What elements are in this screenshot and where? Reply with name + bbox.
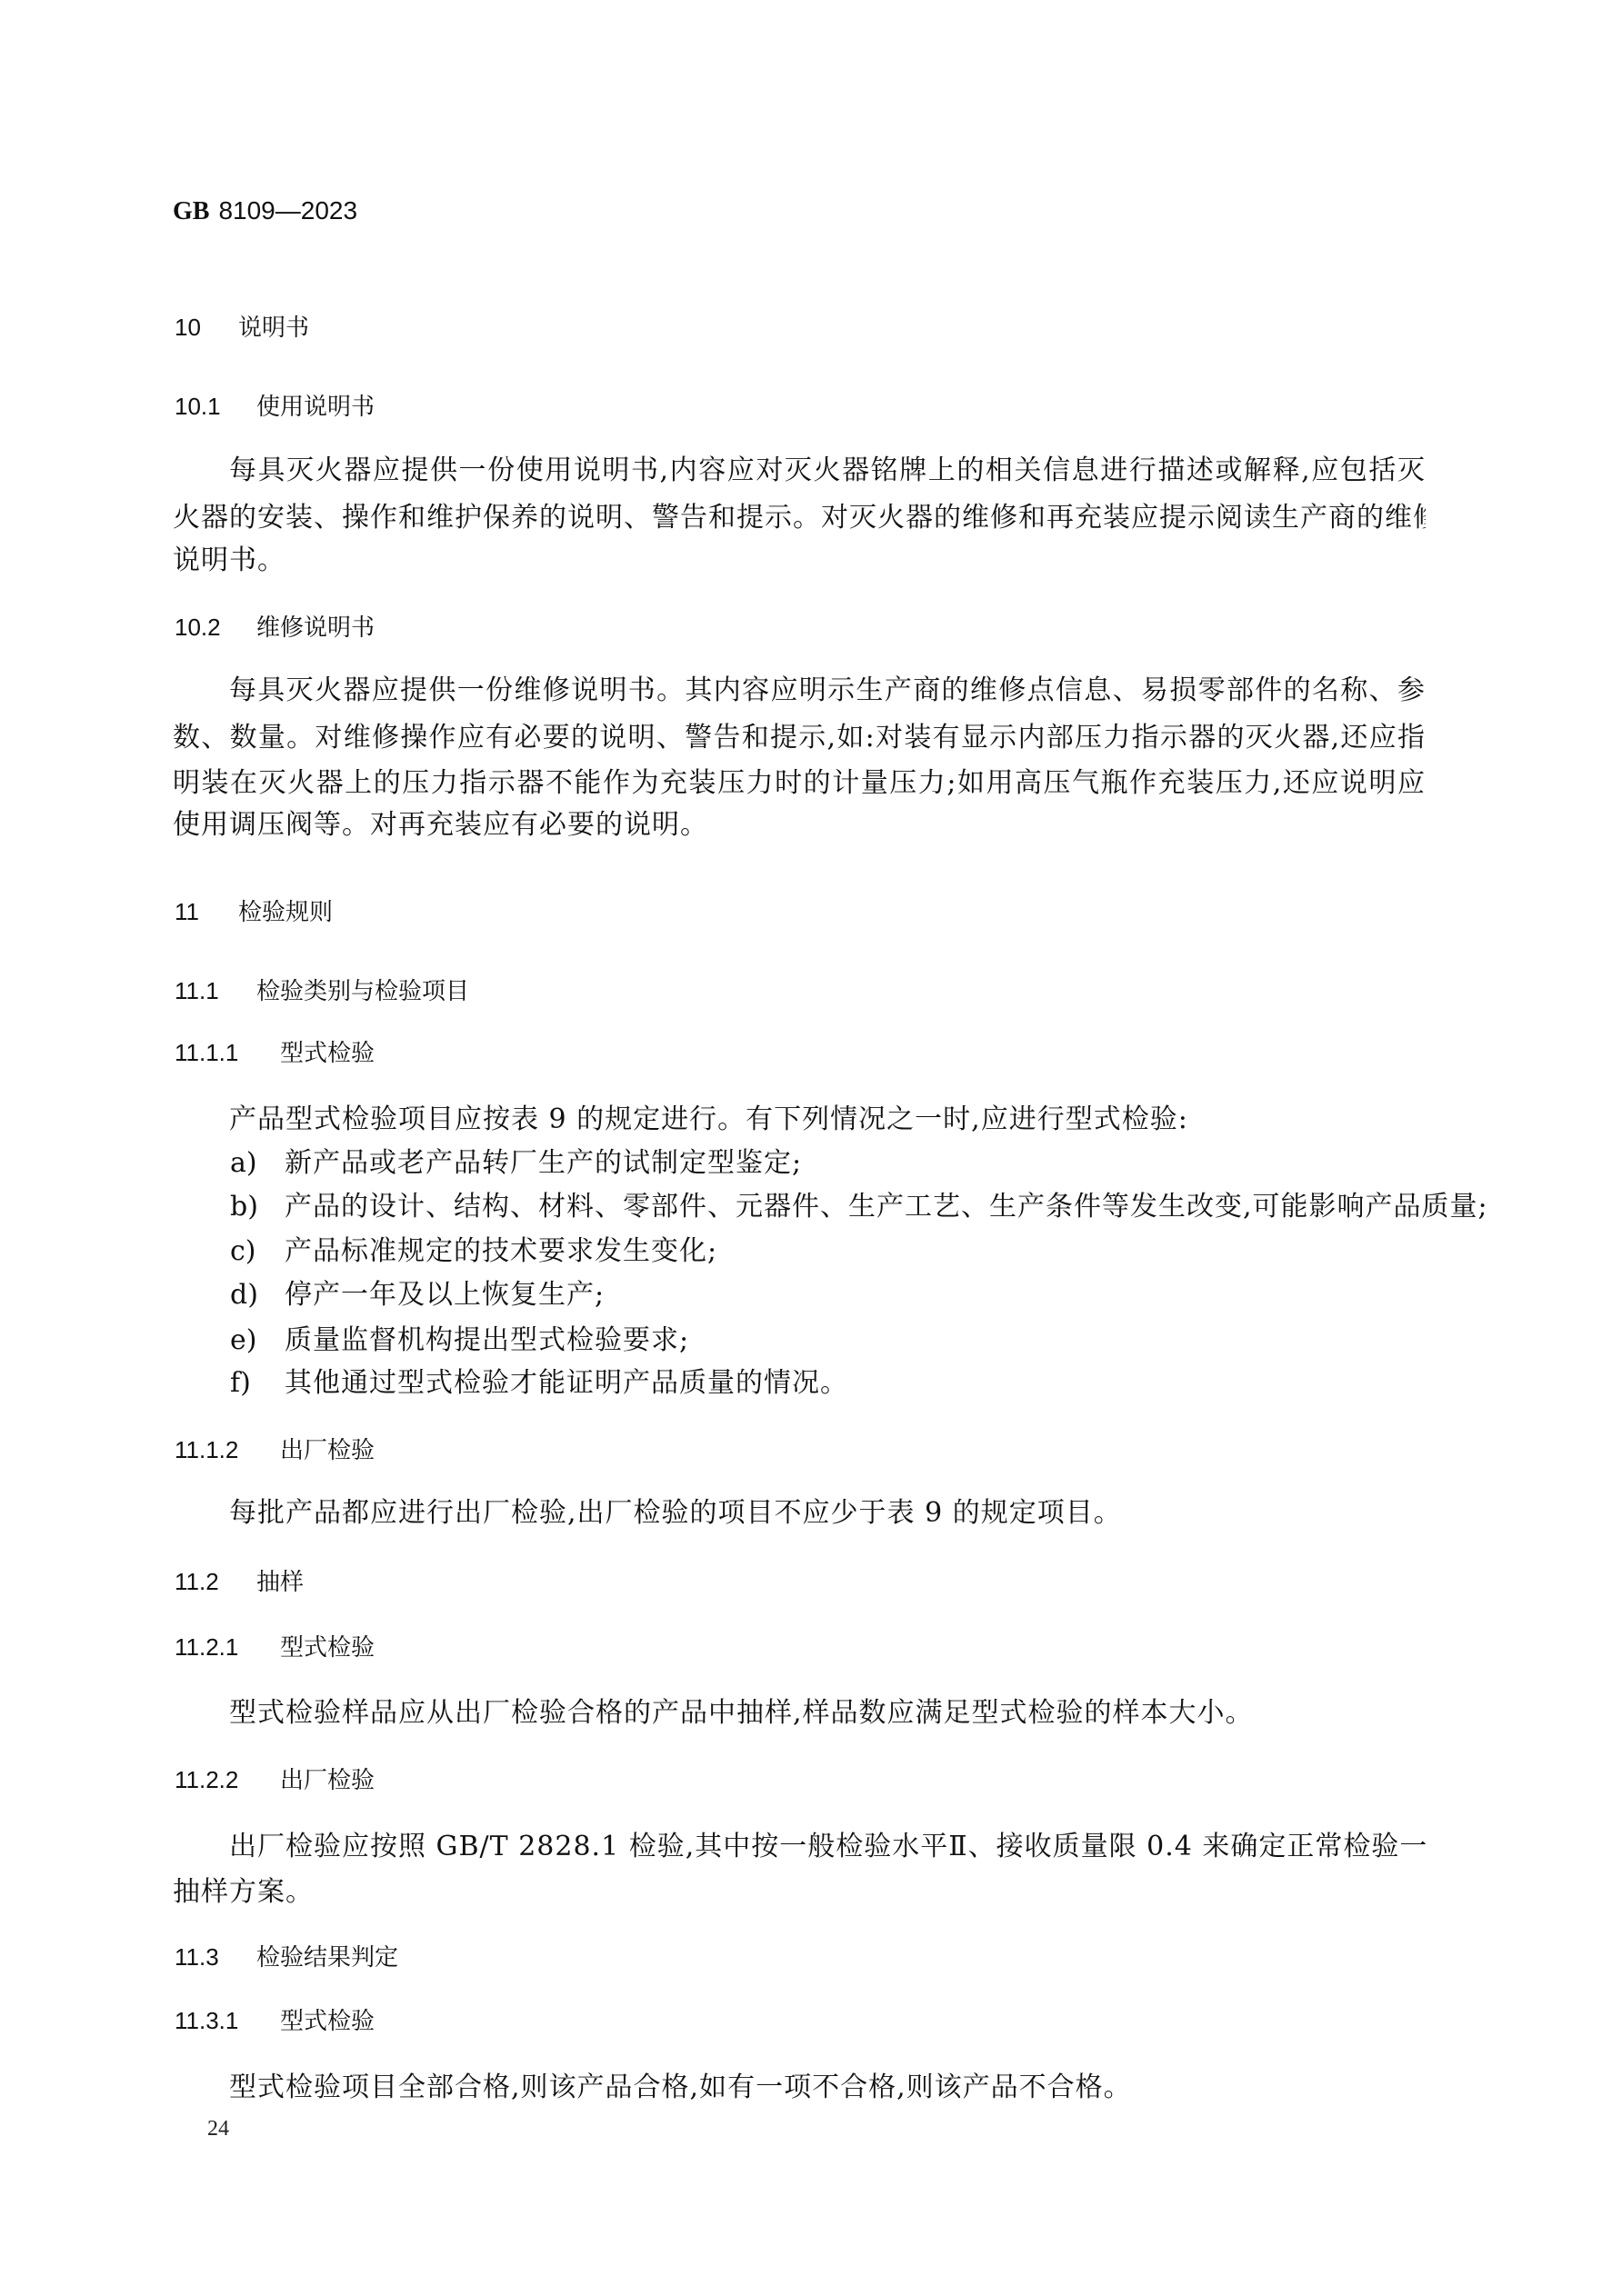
heading-number: 11.2 [175,1565,256,1598]
standard-code-header: GB8109—2023 [173,193,357,230]
heading-title: 使用说明书 [256,394,375,421]
document-page: GB8109—2023 10说明书 10.1使用说明书 每具灭火器应提供一份使用… [0,0,1622,2296]
heading-title: 出厂检验 [280,1767,375,1794]
page-number: 24 [207,2114,229,2143]
heading-number: 11.3.1 [175,2004,280,2037]
list-label: a) [230,1145,285,1182]
heading-title: 型式检验 [280,2008,375,2035]
paragraph-line: 出厂检验应按照 GB/T 2828.1 检验,其中按一般检验水平Ⅱ、接收质量限 … [229,1829,1426,1865]
heading-10-1: 10.1使用说明书 [175,390,375,424]
heading-11-3: 11.3检验结果判定 [175,1941,398,1974]
heading-10-2: 10.2维修说明书 [175,611,375,644]
list-item: f)其他通过型式检验才能证明产品质量的情况。 [230,1365,848,1402]
heading-10: 10说明书 [175,311,309,344]
list-label: b) [230,1189,285,1225]
list-text: 新产品或老产品转厂生产的试制定型鉴定; [285,1147,802,1179]
standard-number: 8109—2023 [218,196,357,225]
heading-number: 10.1 [175,390,256,423]
paragraph-line: 每具灭火器应提供一份维修说明书。其内容应明示生产商的维修点信息、易损零部件的名称… [229,673,1426,709]
paragraph-line: 型式检验项目全部合格,则该产品合格,如有一项不合格,则该产品不合格。 [229,2070,1426,2106]
standard-prefix: GB [173,197,209,225]
heading-title: 抽样 [256,1569,304,1596]
heading-number: 11.1.1 [175,1036,280,1069]
heading-number: 11.2.2 [175,1763,280,1796]
heading-number: 11.1.2 [175,1433,280,1466]
list-label: f) [230,1365,285,1402]
list-item: d)停产一年及以上恢复生产; [230,1277,605,1313]
heading-title: 说明书 [238,314,309,342]
heading-11-2-2: 11.2.2出厂检验 [175,1763,375,1797]
paragraph-line: 每具灭火器应提供一份使用说明书,内容应对灭火器铭牌上的相关信息进行描述或解释,应… [229,453,1426,489]
heading-11-2-1: 11.2.1型式检验 [175,1631,375,1664]
paragraph-line: 型式检验样品应从出厂检验合格的产品中抽样,样品数应满足型式检验的样本大小。 [229,1695,1426,1732]
heading-number: 11 [175,895,238,928]
list-label: c) [230,1233,285,1270]
list-item: a)新产品或老产品转厂生产的试制定型鉴定; [230,1145,802,1182]
heading-title: 型式检验 [280,1634,375,1662]
heading-11-1-2: 11.1.2出厂检验 [175,1433,375,1467]
heading-11-2: 11.2抽样 [175,1565,304,1599]
heading-11-1-1: 11.1.1型式检验 [175,1036,375,1070]
heading-11: 11检验规则 [175,895,333,929]
heading-number: 11.3 [175,1941,256,1973]
heading-title: 型式检验 [280,1040,375,1067]
heading-number: 11.2.1 [175,1631,280,1663]
list-item: c)产品标准规定的技术要求发生变化; [230,1233,717,1270]
paragraph-line: 数、数量。对维修操作应有必要的说明、警告和提示,如:对装有显示内部压力指示器的灭… [173,720,1426,756]
list-text: 停产一年及以上恢复生产; [285,1279,605,1311]
list-label: e) [230,1323,285,1359]
paragraph-line: 抽样方案。 [173,1874,1426,1911]
heading-number: 10.2 [175,611,256,644]
heading-title: 出厂检验 [280,1437,375,1464]
list-item: b)产品的设计、结构、材料、零部件、元器件、生产工艺、生产条件等发生改变,可能影… [230,1189,1488,1225]
heading-title: 检验结果判定 [256,1944,398,1972]
paragraph-line: 产品型式检验项目应按表 9 的规定进行。有下列情况之一时,应进行型式检验: [229,1102,1426,1138]
list-item: e)质量监督机构提出型式检验要求; [230,1323,689,1359]
paragraph-line: 每批产品都应进行出厂检验,出厂检验的项目不应少于表 9 的规定项目。 [229,1495,1426,1532]
list-text: 质量监督机构提出型式检验要求; [285,1324,689,1356]
heading-11-1: 11.1检验类别与检验项目 [175,974,469,1008]
heading-title: 检验类别与检验项目 [256,978,469,1005]
heading-title: 维修说明书 [256,614,375,642]
paragraph-line: 说明书。 [173,543,1426,579]
paragraph-line: 明装在灭火器上的压力指示器不能作为充装压力时的计量压力;如用高压气瓶作充装压力,… [173,765,1426,802]
heading-number: 10 [175,311,238,344]
list-text: 其他通过型式检验才能证明产品质量的情况。 [285,1367,848,1399]
paragraph-line: 使用调压阀等。对再充装应有必要的说明。 [173,807,1426,844]
heading-number: 11.1 [175,974,256,1007]
heading-11-3-1: 11.3.1型式检验 [175,2004,375,2038]
list-label: d) [230,1277,285,1313]
paragraph-line: 火器的安装、操作和维护保养的说明、警告和提示。对灭火器的维修和再充装应提示阅读生… [173,500,1426,536]
list-text: 产品的设计、结构、材料、零部件、元器件、生产工艺、生产条件等发生改变,可能影响产… [285,1191,1488,1223]
list-text: 产品标准规定的技术要求发生变化; [285,1235,717,1267]
heading-title: 检验规则 [238,899,333,926]
